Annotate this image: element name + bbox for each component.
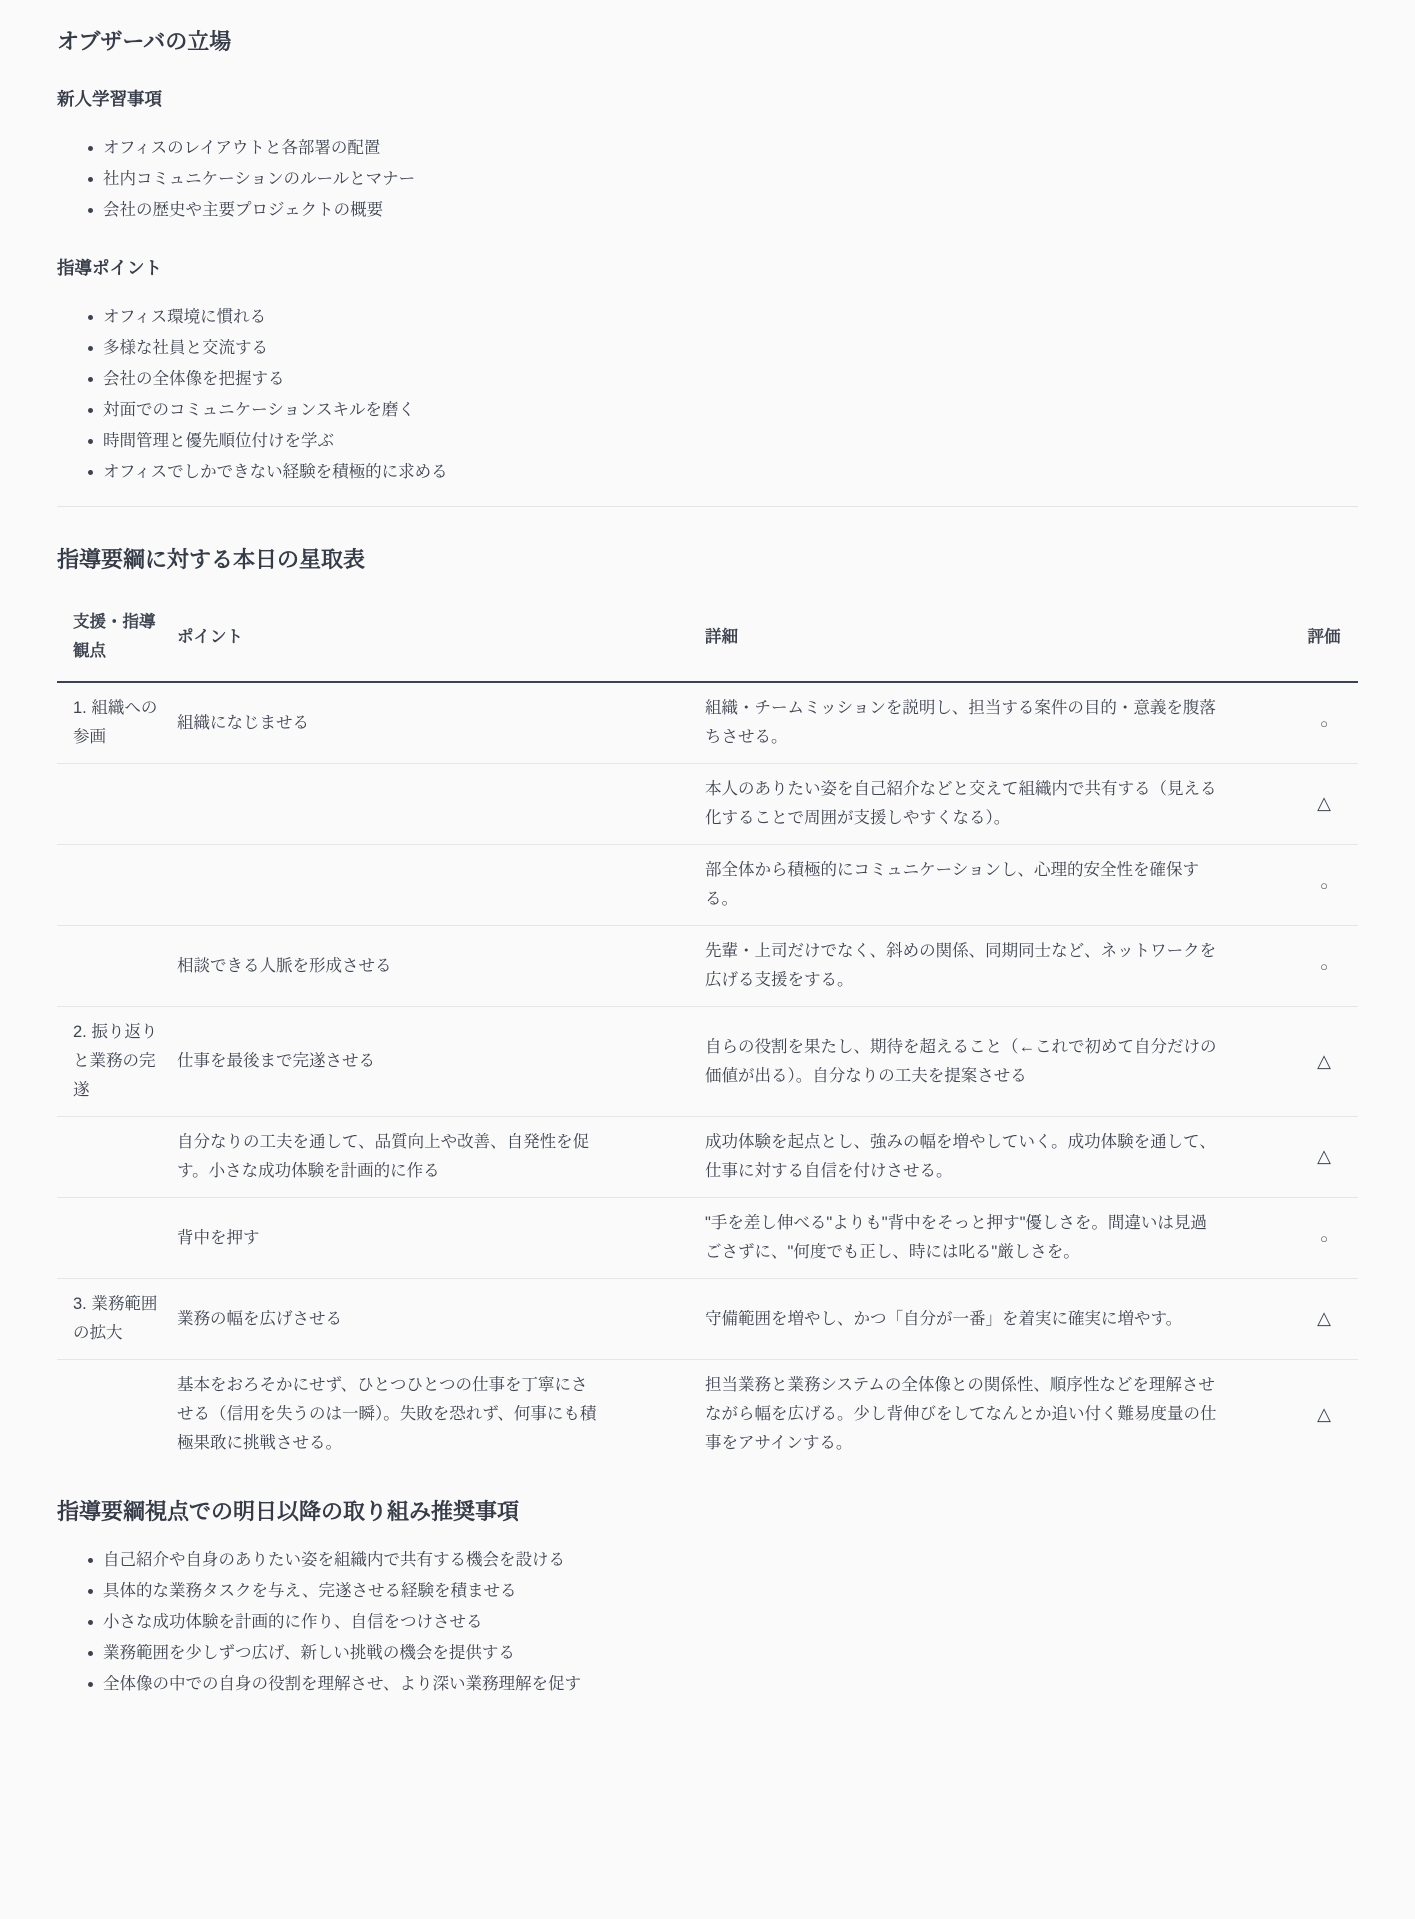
- table-row: 3. 業務範囲の拡大 業務の幅を広げさせる 守備範囲を増やし、かつ「自分が一番」…: [57, 1279, 1358, 1360]
- cell-point: 業務の幅を広げさせる: [161, 1279, 689, 1360]
- cell-point: 基本をおろそかにせず、ひとつひとつの仕事を丁寧にさせる（信用を失うのは一瞬）。失…: [161, 1360, 689, 1470]
- list-item: 業務範囲を少しずつ広げ、新しい挑戦の機会を提供する: [103, 1638, 1358, 1669]
- cell-detail: 守備範囲を増やし、かつ「自分が一番」を着実に確実に増やす。: [689, 1279, 1290, 1360]
- rating-triangle-symbol: △: [1317, 1308, 1331, 1328]
- cell-detail: "手を差し伸べる"よりも"背中をそっと押す"優しさを。間違いは見過ごさずに、"何…: [689, 1198, 1290, 1279]
- list-item: 会社の全体像を把握する: [103, 364, 1358, 395]
- list-item: オフィス環境に慣れる: [103, 302, 1358, 333]
- list-item: オフィスでしかできない経験を積極的に求める: [103, 457, 1358, 488]
- cell-rating: ○: [1290, 682, 1358, 764]
- cell-detail: 自らの役割を果たし、期待を超えること（←これで初めて自分だけの価値が出る）。自分…: [689, 1007, 1290, 1117]
- cell-perspective: 2. 振り返りと業務の完遂: [57, 1007, 161, 1117]
- cell-point: 仕事を最後まで完遂させる: [161, 1007, 689, 1117]
- cell-perspective: [57, 1198, 161, 1279]
- cell-detail: 担当業務と業務システムの全体像との関係性、順序性などを理解させながら幅を広げる。…: [689, 1360, 1290, 1470]
- cell-perspective: [57, 764, 161, 845]
- column-header-rating: 評価: [1290, 593, 1358, 682]
- cell-perspective: [57, 1360, 161, 1470]
- cell-perspective: 1. 組織への参画: [57, 682, 161, 764]
- cell-detail: 成功体験を起点とし、強みの幅を増やしていく。成功体験を通して、仕事に対する自信を…: [689, 1117, 1290, 1198]
- rating-triangle-symbol: △: [1317, 1146, 1331, 1166]
- column-header-perspective: 支援・指導観点: [57, 593, 161, 682]
- table-header-row: 支援・指導観点 ポイント 詳細 評価: [57, 593, 1358, 682]
- cell-detail: 先輩・上司だけでなく、斜めの関係、同期同士など、ネットワークを広げる支援をする。: [689, 926, 1290, 1007]
- list-item: 多様な社員と交流する: [103, 333, 1358, 364]
- recommendations-list: 自己紹介や自身のありたい姿を組織内で共有する機会を設ける 具体的な業務タスクを与…: [57, 1545, 1358, 1700]
- cell-rating: △: [1290, 1117, 1358, 1198]
- cell-perspective: [57, 926, 161, 1007]
- cell-point: 背中を押す: [161, 1198, 689, 1279]
- cell-point: [161, 764, 689, 845]
- list-item: 全体像の中での自身の役割を理解させ、より深い業務理解を促す: [103, 1669, 1358, 1700]
- table-row: 部全体から積極的にコミュニケーションし、心理的安全性を確保する。 ○: [57, 845, 1358, 926]
- cell-point: [161, 845, 689, 926]
- list-item: 対面でのコミュニケーションスキルを磨く: [103, 395, 1358, 426]
- cell-perspective: [57, 845, 161, 926]
- learning-items-list: オフィスのレイアウトと各部署の配置 社内コミュニケーションのルールとマナー 会社…: [57, 133, 1358, 226]
- list-item: 小さな成功体験を計画的に作り、自信をつけさせる: [103, 1607, 1358, 1638]
- cell-rating: △: [1290, 1279, 1358, 1360]
- cell-perspective: 3. 業務範囲の拡大: [57, 1279, 161, 1360]
- list-item: 時間管理と優先順位付けを学ぶ: [103, 426, 1358, 457]
- list-item: 社内コミュニケーションのルールとマナー: [103, 164, 1358, 195]
- cell-detail: 本人のありたい姿を自己紹介などと交えて組織内で共有する（見える化することで周囲が…: [689, 764, 1290, 845]
- recommendations-title: 指導要綱視点での明日以降の取り組み推奨事項: [57, 1497, 1358, 1527]
- table-row: 2. 振り返りと業務の完遂 仕事を最後まで完遂させる 自らの役割を果たし、期待を…: [57, 1007, 1358, 1117]
- table-row: 自分なりの工夫を通して、品質向上や改善、自発性を促す。小さな成功体験を計画的に作…: [57, 1117, 1358, 1198]
- table-row: 1. 組織への参画 組織になじませる 組織・チームミッションを説明し、担当する案…: [57, 682, 1358, 764]
- scoreboard-title: 指導要綱に対する本日の星取表: [57, 545, 1358, 575]
- cell-point: 自分なりの工夫を通して、品質向上や改善、自発性を促す。小さな成功体験を計画的に作…: [161, 1117, 689, 1198]
- table-row: 基本をおろそかにせず、ひとつひとつの仕事を丁寧にさせる（信用を失うのは一瞬）。失…: [57, 1360, 1358, 1470]
- rating-triangle-symbol: △: [1317, 793, 1331, 813]
- list-item: 会社の歴史や主要プロジェクトの概要: [103, 195, 1358, 226]
- table-row: 相談できる人脈を形成させる 先輩・上司だけでなく、斜めの関係、同期同士など、ネッ…: [57, 926, 1358, 1007]
- list-item: オフィスのレイアウトと各部署の配置: [103, 133, 1358, 164]
- cell-point: 組織になじませる: [161, 682, 689, 764]
- table-row: 背中を押す "手を差し伸べる"よりも"背中をそっと押す"優しさを。間違いは見過ご…: [57, 1198, 1358, 1279]
- section-divider: [57, 506, 1358, 507]
- rating-circle-symbol: ○: [1320, 878, 1328, 893]
- cell-perspective: [57, 1117, 161, 1198]
- column-header-detail: 詳細: [689, 593, 1290, 682]
- cell-rating: △: [1290, 1007, 1358, 1117]
- rating-circle-symbol: ○: [1320, 1231, 1328, 1246]
- rating-triangle-symbol: △: [1317, 1404, 1331, 1424]
- cell-point: 相談できる人脈を形成させる: [161, 926, 689, 1007]
- cell-rating: ○: [1290, 845, 1358, 926]
- cell-rating: ○: [1290, 926, 1358, 1007]
- rating-circle-symbol: ○: [1320, 959, 1328, 974]
- table-row: 本人のありたい姿を自己紹介などと交えて組織内で共有する（見える化することで周囲が…: [57, 764, 1358, 845]
- section-heading-learning: 新人学習事項: [57, 87, 1358, 111]
- rating-triangle-symbol: △: [1317, 1051, 1331, 1071]
- section-heading-guidance: 指導ポイント: [57, 256, 1358, 280]
- page-title: オブザーバの立場: [57, 27, 1358, 57]
- cell-rating: ○: [1290, 1198, 1358, 1279]
- guidance-items-list: オフィス環境に慣れる 多様な社員と交流する 会社の全体像を把握する 対面でのコミ…: [57, 302, 1358, 488]
- cell-rating: △: [1290, 1360, 1358, 1470]
- column-header-point: ポイント: [161, 593, 689, 682]
- cell-detail: 部全体から積極的にコミュニケーションし、心理的安全性を確保する。: [689, 845, 1290, 926]
- rating-circle-symbol: ○: [1320, 716, 1328, 731]
- list-item: 自己紹介や自身のありたい姿を組織内で共有する機会を設ける: [103, 1545, 1358, 1576]
- scoreboard-table: 支援・指導観点 ポイント 詳細 評価 1. 組織への参画 組織になじませる 組織…: [57, 593, 1358, 1469]
- list-item: 具体的な業務タスクを与え、完遂させる経験を積ませる: [103, 1576, 1358, 1607]
- cell-rating: △: [1290, 764, 1358, 845]
- cell-detail: 組織・チームミッションを説明し、担当する案件の目的・意義を腹落ちさせる。: [689, 682, 1290, 764]
